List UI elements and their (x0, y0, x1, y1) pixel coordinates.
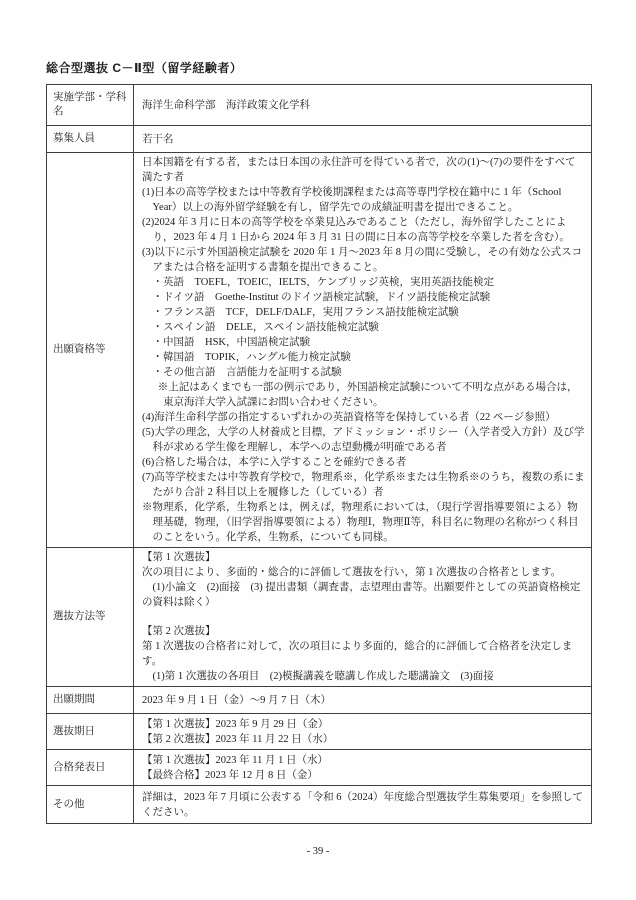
eligibility-science-note: ※物理系，化学系，生物系とは，例えば，物理系においては，（現行学習指導要領による… (142, 500, 585, 545)
eligibility-lang-other: ・その他言語 言語能力を証明する試験 (142, 365, 585, 380)
eligibility-item-6: (6)合格した場合は，本学に入学することを確約できる者 (142, 455, 585, 470)
announcement-date-final: 【最終合格】2023 年 12 月 8 日（金） (142, 768, 585, 783)
eligibility-lang-korean: ・韓国語 TOPIK，ハングル能力検定試験 (142, 350, 585, 365)
table-row-application-period: 出願期間 2023 年 9 月 1 日（金）～9 月 7 日（木） (47, 687, 592, 714)
eligibility-lang-german: ・ドイツ語 Goethe-Institut のドイツ語検定試験，ドイツ語技能検定… (142, 290, 585, 305)
selection-method-spacer (142, 610, 585, 624)
eligibility-lang-french: ・フランス語 TCF，DELF/DALF，実用フランス語技能検定試験 (142, 305, 585, 320)
second-selection-heading: 【第 2 次選抜】 (142, 624, 585, 639)
eligibility-item-5: (5)大学の理念，大学の人材養成と目標，アドミッション・ポリシー（入学者受入方針… (142, 425, 585, 455)
row-label-capacity: 募集人員 (47, 126, 134, 153)
page-title: 総合型選抜 C－Ⅱ型（留学経験者） (46, 59, 242, 76)
selection-date-first: 【第 1 次選抜】2023 年 9 月 29 日（金） (142, 717, 585, 732)
first-selection-items: (1)小論文 (2)面接 (3) 提出書類（調査書，志望理由書等。出願要件として… (142, 580, 585, 610)
admission-table: 実施学部・学科名 海洋生命科学部 海洋政策文化学科 募集人員 若干名 出願資格等… (46, 84, 592, 824)
announcement-date-first: 【第 1 次選抜】2023 年 11 月 1 日（水） (142, 753, 585, 768)
second-selection-body: 第 1 次選抜の合格者に対して，次の項目により多面的，総合的に評価して合格者を決… (142, 639, 585, 669)
row-label-application-period: 出願期間 (47, 687, 134, 714)
table-row-announcement-dates: 合格発表日 【第 1 次選抜】2023 年 11 月 1 日（水） 【最終合格】… (47, 750, 592, 786)
table-row-other: その他 詳細は，2023 年 7 月頃に公表する「令和 6（2024）年度総合型… (47, 786, 592, 824)
row-label-announcement-dates: 合格発表日 (47, 750, 134, 786)
table-row-selection-method: 選抜方法等 【第 1 次選抜】 次の項目により、多面的・総合的に評価して選抜を行… (47, 548, 592, 687)
eligibility-item-1: (1)日本の高等学校または中等教育学校後期課程または高等専門学校在籍中に 1 年… (142, 185, 585, 215)
eligibility-exam-note: ※上記はあくまでも一部の例示であり，外国語検定試験について不明な点がある場合は，… (142, 380, 585, 410)
document-page: 総合型選抜 C－Ⅱ型（留学経験者） 実施学部・学科名 海洋生命科学部 海洋政策文… (0, 0, 636, 900)
cell-department-value: 海洋生命科学部 海洋政策文化学科 (134, 85, 592, 126)
eligibility-lang-chinese: ・中国語 HSK，中国語検定試験 (142, 335, 585, 350)
table-row-selection-dates: 選抜期日 【第 1 次選抜】2023 年 9 月 29 日（金） 【第 2 次選… (47, 714, 592, 750)
cell-eligibility-value: 日本国籍を有する者，または日本国の永住許可を得ている者で，次の(1)～(7)の要… (134, 153, 592, 548)
cell-selection-dates-value: 【第 1 次選抜】2023 年 9 月 29 日（金） 【第 2 次選抜】202… (134, 714, 592, 750)
eligibility-lang-english: ・英語 TOEFL，TOEIC，IELTS，ケンブリッジ英検，実用英語技能検定 (142, 275, 585, 290)
row-label-selection-method: 選抜方法等 (47, 548, 134, 687)
table-row-capacity: 募集人員 若干名 (47, 126, 592, 153)
row-label-eligibility: 出願資格等 (47, 153, 134, 548)
table-row-department: 実施学部・学科名 海洋生命科学部 海洋政策文化学科 (47, 85, 592, 126)
eligibility-intro: 日本国籍を有する者，または日本国の永住許可を得ている者で，次の(1)～(7)の要… (142, 155, 585, 185)
second-selection-items: (1)第 1 次選抜の各項目 (2)模擬講義を聴講し作成した聴講論文 (3)面接 (142, 669, 585, 684)
cell-selection-method-value: 【第 1 次選抜】 次の項目により、多面的・総合的に評価して選抜を行い，第 1 … (134, 548, 592, 687)
eligibility-item-7: (7)高等学校または中等教育学校で，物理系※，化学系※または生物系※のうち，複数… (142, 470, 585, 500)
eligibility-item-3: (3)以下に示す外国語検定試験を 2020 年 1 月～2023 年 8 月の間… (142, 245, 585, 275)
table-row-eligibility: 出願資格等 日本国籍を有する者，または日本国の永住許可を得ている者で，次の(1)… (47, 153, 592, 548)
first-selection-heading: 【第 1 次選抜】 (142, 550, 585, 565)
eligibility-lang-spanish: ・スペイン語 DELE，スペイン語技能検定試験 (142, 320, 585, 335)
row-label-other: その他 (47, 786, 134, 824)
cell-capacity-value: 若干名 (134, 126, 592, 153)
eligibility-item-2: (2)2024 年 3 月に日本の高等学校を卒業見込みであること（ただし，海外留… (142, 215, 585, 245)
eligibility-item-4: (4)海洋生命科学部の指定するいずれかの英語資格等を保持している者（22 ページ… (142, 410, 585, 425)
cell-application-period-value: 2023 年 9 月 1 日（金）～9 月 7 日（木） (134, 687, 592, 714)
selection-date-second: 【第 2 次選抜】2023 年 11 月 22 日（水） (142, 732, 585, 747)
row-label-selection-dates: 選抜期日 (47, 714, 134, 750)
cell-announcement-dates-value: 【第 1 次選抜】2023 年 11 月 1 日（水） 【最終合格】2023 年… (134, 750, 592, 786)
page-number: - 39 - (0, 846, 636, 857)
first-selection-body: 次の項目により、多面的・総合的に評価して選抜を行い，第 1 次選抜の合格者としま… (142, 565, 585, 580)
row-label-department: 実施学部・学科名 (47, 85, 134, 126)
cell-other-value: 詳細は，2023 年 7 月頃に公表する「令和 6（2024）年度総合型選抜学生… (134, 786, 592, 824)
